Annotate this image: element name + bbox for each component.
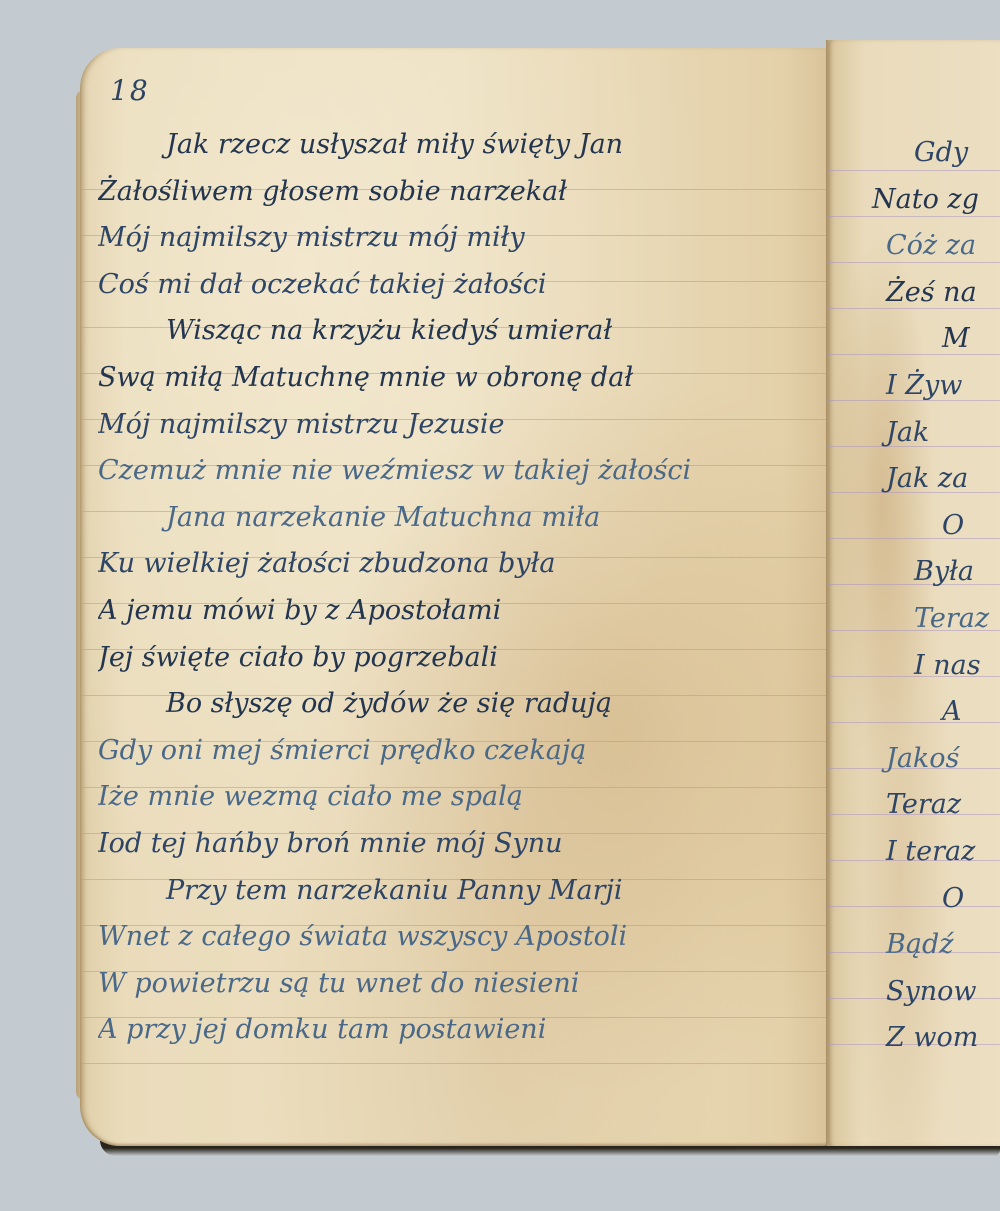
stanza-2-line-2: Swą miłą Matuchnę mnie w obronę dał xyxy=(98,355,828,402)
stanza-3-line-1: Jana narzekanie Matuchna miła xyxy=(98,495,828,542)
fragment-line: Jak za xyxy=(828,456,1000,503)
fragment-line: Żeś na xyxy=(828,270,1000,317)
page-number: 18 xyxy=(110,74,150,107)
right-page-text: Gdy Nato zg Cóż za Żeś na M I Żyw Jak Ja… xyxy=(828,130,1000,1062)
stanza-2-line-1: Wisząc na krzyżu kiedyś umierał xyxy=(98,308,828,355)
stanza-1-line-2: Żałośliwem głosem sobie narzekał xyxy=(98,169,828,216)
stanza-1-line-4: Coś mi dał oczekać takiej żałości xyxy=(98,262,828,309)
fragment-line: I Żyw xyxy=(828,363,1000,410)
fragment-line: Teraz xyxy=(828,782,1000,829)
fragment-line: I nas xyxy=(828,643,1000,690)
stanza-5-line-4: A przy jej domku tam postawieni xyxy=(98,1007,828,1054)
poem-text: Jak rzecz usłyszał miły święty Jan Żałoś… xyxy=(98,122,828,1054)
stanza-3-line-2: Ku wielkiej żałości zbudzona była xyxy=(98,541,828,588)
stanza-1-line-1: Jak rzecz usłyszał miły święty Jan xyxy=(98,122,828,169)
stanza-5-line-3: W powietrzu są tu wnet do niesieni xyxy=(98,961,828,1008)
fragment-line: Cóż za xyxy=(828,223,1000,270)
stanza-4-line-4: Iod tej hańby broń mnie mój Synu xyxy=(98,821,828,868)
fragment-line: O xyxy=(828,876,1000,923)
stanza-4-line-1: Bo słyszę od żydów że się radują xyxy=(98,681,828,728)
fragment-line: Nato zg xyxy=(828,177,1000,224)
fragment-line: A xyxy=(828,689,1000,736)
fragment-line: I teraz xyxy=(828,829,1000,876)
fragment-line: Bądź xyxy=(828,922,1000,969)
fragment-line: O xyxy=(828,503,1000,550)
stanza-5-line-2: Wnet z całego świata wszyscy Apostoli xyxy=(98,914,828,961)
fragment-line: Jak xyxy=(828,410,1000,457)
stanza-4-line-2: Gdy oni mej śmierci prędko czekają xyxy=(98,728,828,775)
stanza-3-line-3: A jemu mówi by z Apostołami xyxy=(98,588,828,635)
fragment-line: Synow xyxy=(828,969,1000,1016)
left-page: 18 Jak rzecz usłyszał miły święty Jan Ża… xyxy=(80,48,828,1146)
fragment-line: Jakoś xyxy=(828,736,1000,783)
stanza-5-line-1: Przy tem narzekaniu Panny Marji xyxy=(98,868,828,915)
fragment-line: Gdy xyxy=(828,130,1000,177)
fragment-line: M xyxy=(828,316,1000,363)
stanza-1-line-3: Mój najmilszy mistrzu mój miły xyxy=(98,215,828,262)
fragment-line: Teraz xyxy=(828,596,1000,643)
stanza-3-line-4: Jej święte ciało by pogrzebali xyxy=(98,635,828,682)
fragment-line: Z wom xyxy=(828,1015,1000,1062)
stanza-2-line-4: Czemuż mnie nie weźmiesz w takiej żałośc… xyxy=(98,448,828,495)
right-page: Gdy Nato zg Cóż za Żeś na M I Żyw Jak Ja… xyxy=(828,40,1000,1146)
stanza-2-line-3: Mój najmilszy mistrzu Jezusie xyxy=(98,402,828,449)
fragment-line: Była xyxy=(828,549,1000,596)
stanza-4-line-3: Iże mnie wezmą ciało me spalą xyxy=(98,774,828,821)
